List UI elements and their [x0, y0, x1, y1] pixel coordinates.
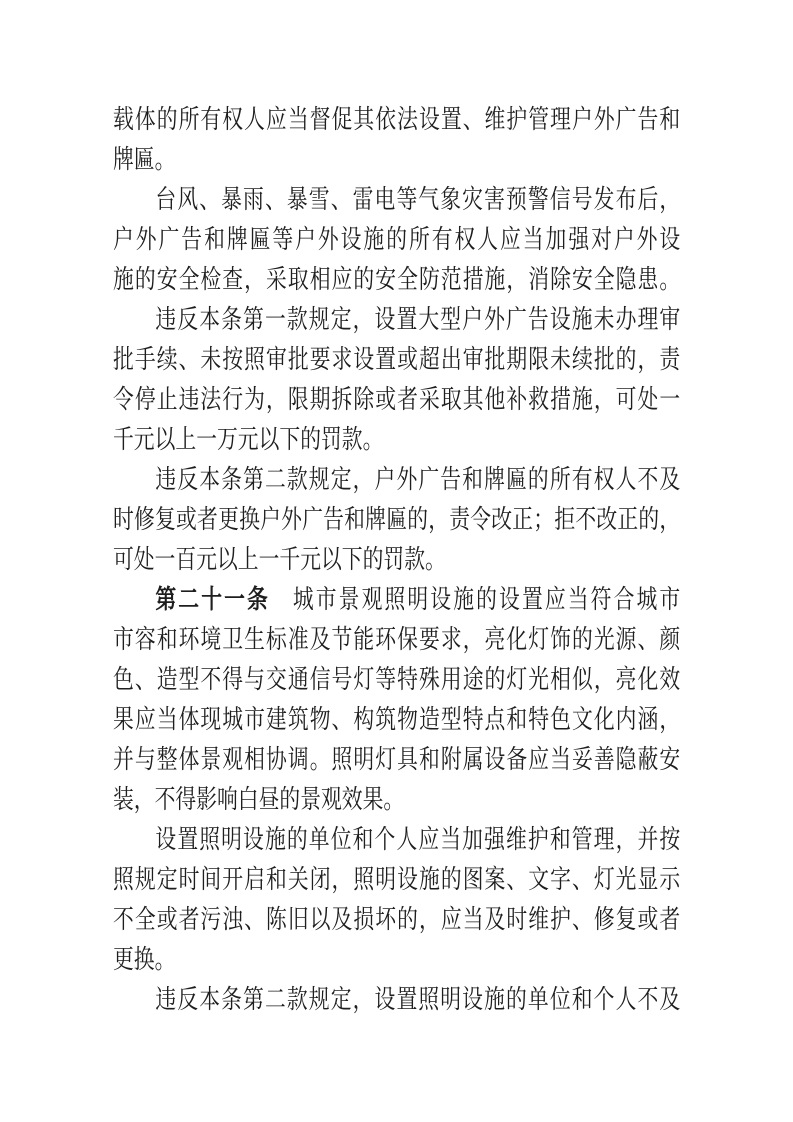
- text-line: 不全或者污浊、陈旧以及损坏的，应当及时维护、修复或者: [113, 900, 680, 940]
- text-line: 台风、暴雨、暴雪、雷电等气象灾害预警信号发布后，: [113, 180, 680, 220]
- text-line: 设置照明设施的单位和个人应当加强维护和管理，并按: [113, 820, 680, 860]
- text-line: 牌匾。: [113, 140, 680, 180]
- text-line: 千元以上一万元以下的罚款。: [113, 420, 680, 460]
- text-line: 色、造型不得与交通信号灯等特殊用途的灯光相似，亮化效: [113, 660, 680, 700]
- text-line: 违反本条第一款规定，设置大型户外广告设施未办理审: [113, 300, 680, 340]
- article-lead-text: 城市景观照明设施的设置应当符合城市: [270, 585, 680, 614]
- text-line: 更换。: [113, 940, 680, 980]
- text-line: 施的安全检查，采取相应的安全防范措施，消除安全隐患。: [113, 260, 680, 300]
- text-line: 第二十一条 城市景观照明设施的设置应当符合城市: [113, 580, 680, 620]
- document-page: 载体的所有权人应当督促其依法设置、维护管理户外广告和 牌匾。 台风、暴雨、暴雪、…: [0, 0, 793, 1122]
- text-line: 时修复或者更换户外广告和牌匾的，责令改正；拒不改正的，: [113, 500, 680, 540]
- document-text-block: 载体的所有权人应当督促其依法设置、维护管理户外广告和 牌匾。 台风、暴雨、暴雪、…: [113, 100, 680, 1020]
- text-line: 可处一百元以上一千元以下的罚款。: [113, 540, 680, 580]
- text-line: 市容和环境卫生标准及节能环保要求，亮化灯饰的光源、颜: [113, 620, 680, 660]
- text-line: 违反本条第二款规定，设置照明设施的单位和个人不及: [113, 980, 680, 1020]
- text-line: 令停止违法行为，限期拆除或者采取其他补救措施，可处一: [113, 380, 680, 420]
- text-line: 果应当体现城市建筑物、构筑物造型特点和特色文化内涵，: [113, 700, 680, 740]
- text-line: 装，不得影响白昼的景观效果。: [113, 780, 680, 820]
- text-line: 照规定时间开启和关闭，照明设施的图案、文字、灯光显示: [113, 860, 680, 900]
- text-line: 批手续、未按照审批要求设置或超出审批期限未续批的，责: [113, 340, 680, 380]
- text-line: 载体的所有权人应当督促其依法设置、维护管理户外广告和: [113, 100, 680, 140]
- article-number: 第二十一条: [155, 585, 270, 614]
- text-line: 违反本条第二款规定，户外广告和牌匾的所有权人不及: [113, 460, 680, 500]
- text-line: 户外广告和牌匾等户外设施的所有权人应当加强对户外设: [113, 220, 680, 260]
- text-line: 并与整体景观相协调。照明灯具和附属设备应当妥善隐蔽安: [113, 740, 680, 780]
